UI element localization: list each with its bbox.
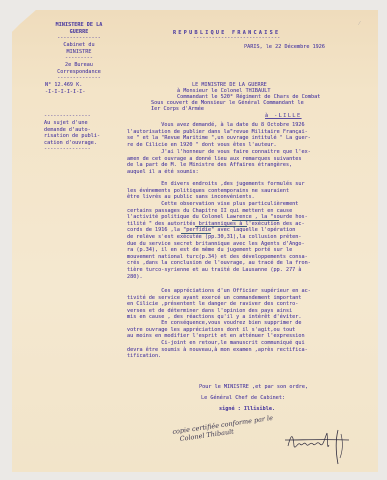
place-date: PARIS, le 22 Décembre 1926: [244, 44, 325, 51]
rule-1: --------------: [32, 35, 126, 42]
closing-line-3: signé : Illisible.: [219, 406, 275, 413]
reference-number: N° 12.469 K.: [45, 82, 82, 89]
pencil-mark: ⁄: [359, 21, 360, 27]
pencil-underline-britanniques: [195, 226, 247, 227]
rule-3: --------------: [32, 75, 126, 82]
reference-dashes: -I-I-I-I-I-I-: [45, 89, 86, 96]
rule-2: ---------: [32, 55, 126, 62]
signature-icon: [283, 428, 353, 473]
pencil-underline-lawrence: [232, 220, 279, 221]
subject-line: Au sujet d'une demande d'auto- risation …: [44, 120, 100, 146]
body-paragraph-2: J'ai l'honneur de vous faire connaitre q…: [127, 149, 311, 175]
body-paragraph-3: En divers endroits ,des jugements formul…: [127, 181, 305, 201]
cabinet-heading: Cabinet du MINISTRE: [32, 42, 126, 55]
republic-rule: ----------------------------: [193, 35, 280, 42]
rule-4: ---------------: [44, 113, 91, 120]
rule-5: ---------------: [44, 146, 91, 153]
closing-line-2: Le Général Chef de Cabinet:: [201, 395, 285, 402]
bureau-heading: 2e Bureau Correspondance: [32, 62, 126, 75]
destination: à -LILLE: [265, 113, 302, 120]
body-paragraph-4: Cette observation vise plus particulière…: [127, 201, 311, 280]
body-paragraph-1: Vous avez demandé, à la date du 8 Octobr…: [127, 122, 311, 148]
body-paragraph-5: Ces appréciations d'un Officier supérieu…: [127, 288, 311, 321]
p4-text-d: avec laquelle l'opération de relève s'es…: [127, 227, 311, 279]
closing-line-1: Pour le MINISTRE ,et par son ordre,: [199, 384, 308, 391]
address-line-4: Ier Corps d'Armée: [151, 106, 204, 113]
pencil-underline-perfidie: [181, 233, 211, 234]
body-paragraph-6: En conséquence,vous voudrez bien supprim…: [127, 320, 305, 340]
ministry-heading: MINISTERE DE LA GUERRE: [32, 22, 126, 35]
body-paragraph-7: Ci-joint en retour,le manuscrit communiq…: [127, 340, 308, 360]
